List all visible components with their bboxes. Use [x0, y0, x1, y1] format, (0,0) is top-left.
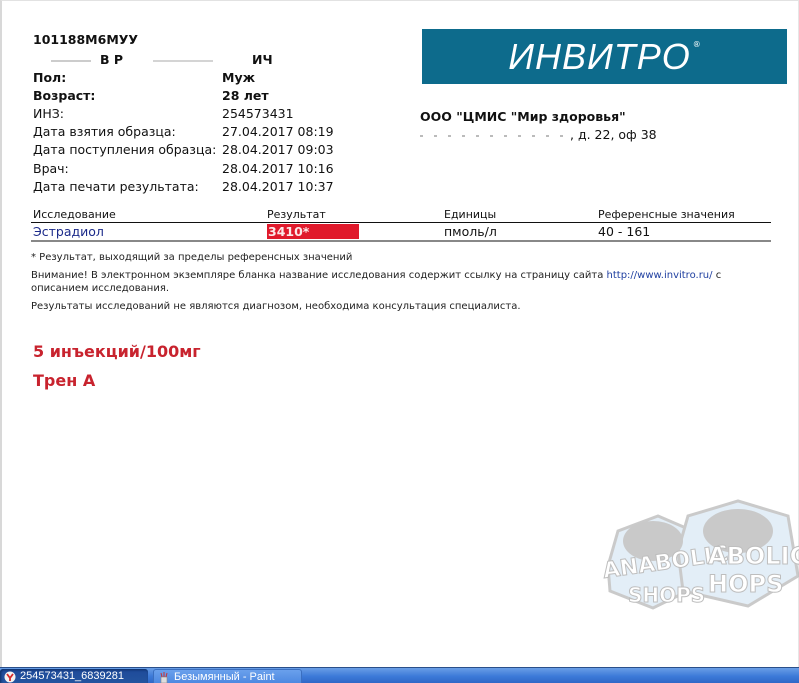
reference-value: 40 - 161 [598, 224, 650, 239]
taskbar-item-browser[interactable]: 254573431_6839281 [0, 669, 148, 683]
info-value: 27.04.2017 08:19 [222, 124, 334, 139]
info-value: 28 лет [222, 88, 269, 103]
info-value: 28.04.2017 10:16 [222, 161, 334, 176]
table-row: Эстрадиол 3410* пмоль/л 40 - 161 [31, 223, 771, 242]
organization-address: , д. 22, оф 38 [420, 127, 657, 142]
patient-id: 101188М6МУУ [33, 32, 138, 47]
header-units: Единицы [444, 208, 496, 221]
result-value-flagged: 3410* [267, 224, 359, 239]
info-label: ИНЗ: [33, 106, 64, 121]
taskbar-item-paint[interactable]: Безымянный - Paint [153, 669, 302, 683]
svg-text:HOPS: HOPS [708, 570, 783, 598]
document-page: 101188М6МУУ В Р ИЧ Пол:МужВозраст:28 лет… [0, 0, 799, 667]
info-value: 254573431 [222, 106, 294, 121]
info-value: 28.04.2017 10:37 [222, 179, 334, 194]
info-value: Муж [222, 70, 255, 85]
patient-name-part: ИЧ [252, 52, 273, 67]
info-label: Дата поступления образца: [33, 142, 216, 157]
invitro-logo: ИНВИТРО ® [422, 29, 787, 84]
table-header: Исследование Результат Единицы Референсн… [31, 207, 771, 223]
info-row: Врач:28.04.2017 10:16 [33, 161, 393, 179]
header-reference: Референсные значения [598, 208, 735, 221]
redaction [51, 60, 91, 62]
disclaimer: Результаты исследований не являются диаг… [31, 300, 771, 313]
header-result: Результат [267, 208, 326, 221]
svg-text:SHOPS: SHOPS [628, 583, 705, 607]
info-row: Дата взятия образца:27.04.2017 08:19 [33, 124, 393, 142]
paint-icon [158, 672, 170, 683]
units-value: пмоль/л [444, 224, 497, 239]
anabolic-shops-watermark: ANABOLIC SHOPS ABOLIC HOPS [598, 496, 799, 616]
taskbar: 254573431_6839281 Безымянный - Paint [0, 667, 799, 683]
info-label: Врач: [33, 161, 69, 176]
info-label: Дата взятия образца: [33, 124, 176, 139]
header-study: Исследование [33, 208, 116, 221]
yandex-browser-icon [4, 671, 16, 683]
info-row: Пол:Муж [33, 70, 393, 88]
info-label: Возраст: [33, 88, 95, 103]
annotation-dose: 5 инъекций/100мг [33, 342, 201, 361]
info-value: 28.04.2017 09:03 [222, 142, 334, 157]
attention-note: Внимание! В электронном экземпляре бланк… [31, 269, 751, 295]
redaction [420, 135, 570, 137]
organization-name: ООО "ЦМИС "Мир здоровья" [420, 109, 626, 124]
info-label: Пол: [33, 70, 66, 85]
info-row: ИНЗ:254573431 [33, 106, 393, 124]
results-table: Исследование Результат Единицы Референсн… [31, 207, 771, 242]
info-row: Возраст:28 лет [33, 88, 393, 106]
patient-name-redacted: В Р ИЧ [33, 52, 303, 68]
invitro-link[interactable]: http://www.invitro.ru/ [607, 270, 713, 281]
svg-text:ABOLIC: ABOLIC [708, 542, 799, 570]
annotation-compound: Трен А [33, 371, 95, 390]
redaction [153, 60, 213, 62]
registered-mark: ® [693, 40, 701, 49]
patient-name-part: В Р [100, 52, 123, 67]
info-row: Дата печати результата:28.04.2017 10:37 [33, 179, 393, 197]
study-link[interactable]: Эстрадиол [33, 224, 104, 239]
logo-text: ИНВИТРО [508, 36, 691, 78]
info-row: Дата поступления образца:28.04.2017 09:0… [33, 142, 393, 160]
footnote: * Результат, выходящий за пределы рефере… [31, 251, 771, 264]
info-label: Дата печати результата: [33, 179, 199, 194]
